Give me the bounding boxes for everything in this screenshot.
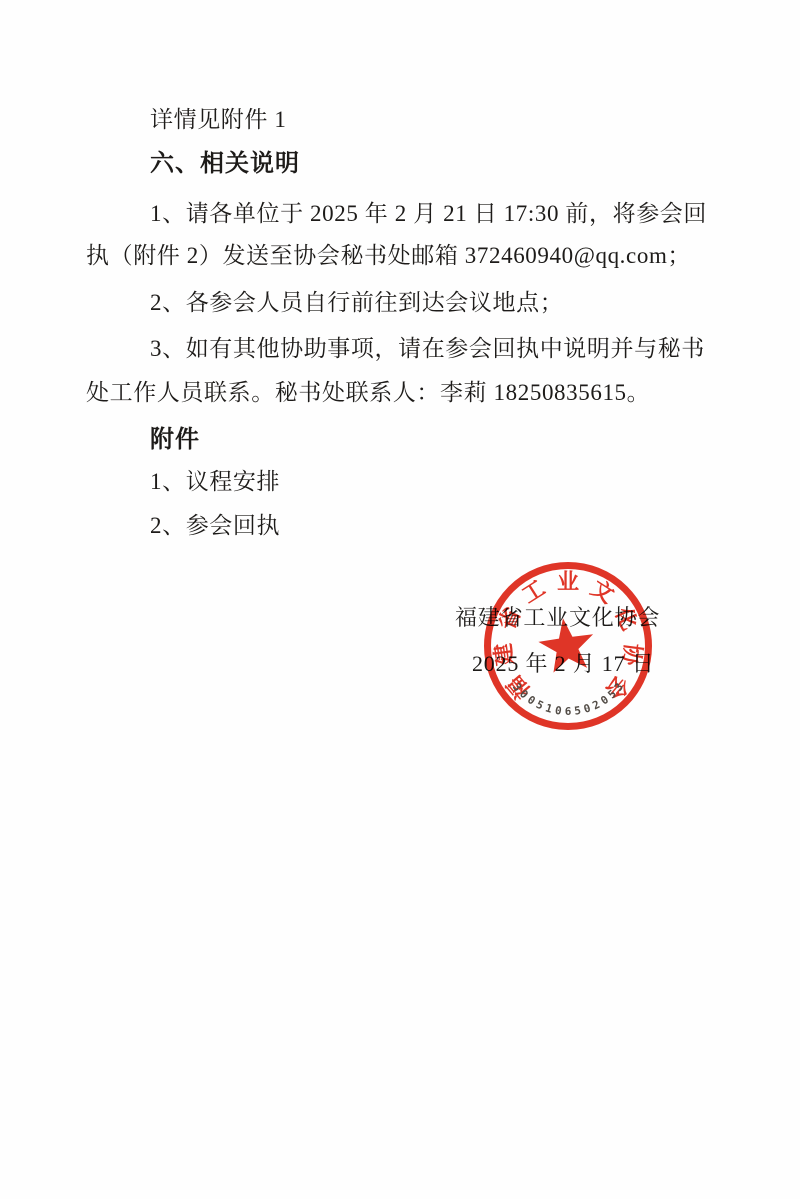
official-seal: 福建省工业文化协会 3502056015003 — [484, 562, 652, 730]
document-line: 详情见附件 1 — [150, 108, 286, 131]
document-line: 1、请各单位于 2025 年 2 月 21 日 17:30 前，将参会回 — [150, 202, 707, 225]
seal-arc-char: 业 — [555, 569, 581, 595]
document-line: 3、如有其他协助事项，请在参会回执中说明并与秘书 — [150, 337, 705, 360]
document-line: 2、参会回执 — [150, 514, 280, 537]
document-heading-line: 附件 — [150, 428, 200, 452]
scanned-document-page: 详情见附件 1六、相关说明1、请各单位于 2025 年 2 月 21 日 17:… — [0, 0, 800, 1199]
star-icon — [533, 613, 601, 681]
seal-arc-char: 协 — [617, 640, 646, 669]
document-line: 执（附件 2）发送至协会秘书处邮箱 372460940@qq.com； — [86, 244, 691, 267]
seal-arc-char: 建 — [490, 640, 519, 669]
document-line: 1、议程安排 — [150, 470, 280, 493]
document-line: 2、各参会人员自行前往到达会议地点； — [150, 291, 563, 314]
document-heading-line: 六、相关说明 — [150, 152, 300, 176]
star-shape — [536, 614, 598, 674]
document-line: 处工作人员联系。秘书处联系人：李莉 18250835615。 — [86, 381, 650, 404]
